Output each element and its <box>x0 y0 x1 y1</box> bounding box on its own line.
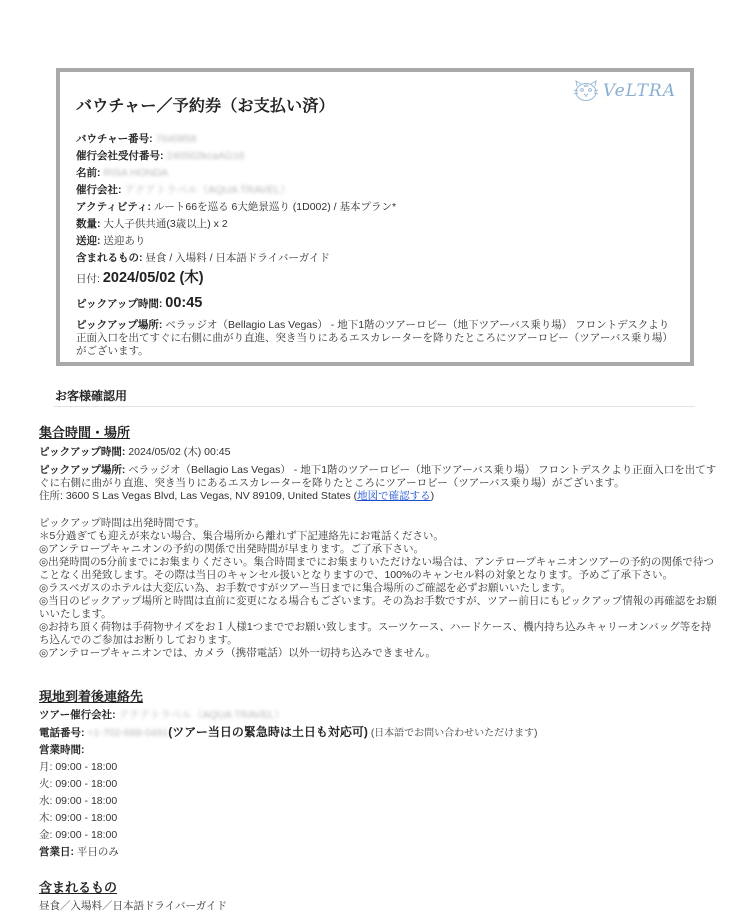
date-row: 日付: 2024/05/02 (木) <box>76 268 672 290</box>
name-value: RISA HONDA <box>103 167 168 179</box>
address-value: 3600 S Las Vegas Blvd, Las Vegas, NV 891… <box>66 490 351 502</box>
name-label: 名前: <box>76 167 101 179</box>
contact-operator-label: ツアー催行会社: <box>39 709 116 721</box>
section-divider <box>54 406 695 407</box>
note-item: ＊5分過ぎても迎えが来ない場合、集合場所から離れず下記連絡先にお電話ください。 <box>39 530 719 543</box>
contact-heading: 現地到着後連絡先 <box>39 686 719 705</box>
hours-row: 金: 09:00 - 18:00 <box>39 827 719 844</box>
activity-label: アクティビティ: <box>76 201 151 213</box>
business-days-row: 営業日: 平日のみ <box>39 844 719 861</box>
note-item: ◎お持ち頂く荷物は手荷物サイズをお１人様1つまででお願い致します。スーツケース、… <box>39 621 719 647</box>
hours-label-row: 営業時間: <box>39 742 719 759</box>
included-section: 含まれるもの 昼食／入場料／日本語ドライバーガイド <box>39 877 719 915</box>
pickup-place-row: ピックアップ場所: ベラッジオ（Bellagio Las Vegas） - 地下… <box>76 319 672 358</box>
pickup-time-label: ピックアップ時間: <box>76 298 162 310</box>
operator-ref-value: 240502kcaAG16 <box>166 150 244 162</box>
name-row: 名前: RISA HONDA <box>76 165 672 182</box>
quantity-row: 数量: 大人子供共通(3歳以上) x 2 <box>76 216 672 233</box>
included-row: 含まれるもの: 昼食 / 入場料 / 日本語ドライバーガイド <box>76 250 672 267</box>
logo-text: VeLTRA <box>603 81 676 101</box>
operator-row: 催行会社: アクアトラベル（AQUA TRAVEL） <box>76 182 672 199</box>
tiger-mascot-icon <box>573 80 599 102</box>
meeting-notes: ピックアップ時間は出発時間です。 ＊5分過ぎても迎えが来ない場合、集合場所から離… <box>39 517 719 660</box>
quantity-label: 数量: <box>76 218 101 230</box>
operator-ref-row: 催行会社受付番号: 240502kcaAG16 <box>76 148 672 165</box>
transfer-row: 送迎: 送迎あり <box>76 233 672 250</box>
map-link[interactable]: 地図で確認する <box>357 490 431 502</box>
phone-emergency-note: (ツアー当日の緊急時は土日も対応可) <box>168 725 368 739</box>
voucher-details: バウチャー番号: 7640858 催行会社受付番号: 240502kcaAG16… <box>76 131 672 358</box>
included-value: 昼食／入場料／日本語ドライバーガイド <box>39 898 719 915</box>
veltra-logo: VeLTRA <box>573 80 676 102</box>
phone-language-note: (日本語でお問い合わせいただけます) <box>371 728 538 739</box>
hours-row: 月: 09:00 - 18:00 <box>39 759 719 776</box>
hours-row: 火: 09:00 - 18:00 <box>39 776 719 793</box>
note-item: ◎出発時間の5分前までにお集まりください。集合時間までにお集まりいただけない場合… <box>39 556 719 582</box>
transfer-label: 送迎: <box>76 235 101 247</box>
note-item: ピックアップ時間は出発時間です。 <box>39 517 719 530</box>
pickup-place-label: ピックアップ場所: <box>76 319 162 331</box>
pickup-time-row: ピックアップ時間: 00:45 <box>76 293 672 315</box>
phone-value: +1-702-688-0491 <box>87 727 168 739</box>
note-item: ◎アンテロープキャニオンでは、カメラ（携帯電話）以外一切持ち込みできません。 <box>39 647 719 660</box>
note-item: ◎当日のピックアップ場所と時間は直前に変更になる場合もございます。その為お手数で… <box>39 595 719 621</box>
voucher-card: バウチャー／予約券（お支払い済） VeLTRA バウチャー番号: 7640858… <box>56 68 694 366</box>
contact-operator: ツアー催行会社: アクアトラベル（AQUA TRAVEL） <box>39 707 719 724</box>
included-label: 含まれるもの: <box>76 252 143 264</box>
pickup-place-value: ベラッジオ（Bellagio Las Vegas） - 地下1階のツアーロビー（… <box>76 319 669 357</box>
included-heading: 含まれるもの <box>39 877 719 896</box>
date-value: 2024/05/02 (木) <box>103 270 204 286</box>
activity-row: アクティビティ: ルート66を巡る 6大絶景巡り (1D002) / 基本プラン… <box>76 199 672 216</box>
meeting-pickup-place-label: ピックアップ場所: <box>39 464 125 476</box>
meeting-pickup-time-value: 2024/05/02 (木) 00:45 <box>128 446 230 458</box>
voucher-number-row: バウチャー番号: 7640858 <box>76 131 672 148</box>
included-value: 昼食 / 入場料 / 日本語ドライバーガイド <box>145 252 329 264</box>
contact-section: 現地到着後連絡先 ツアー催行会社: アクアトラベル（AQUA TRAVEL） 電… <box>39 686 719 861</box>
quantity-value: 大人子供共通(3歳以上) x 2 <box>103 218 227 230</box>
hours-label: 営業時間: <box>39 744 85 756</box>
contact-phone: 電話番号: +1-702-688-0491(ツアー当日の緊急時は土日も対応可) … <box>39 724 719 742</box>
contact-operator-value: アクアトラベル（AQUA TRAVEL） <box>119 709 285 721</box>
voucher-number-value: 7640858 <box>156 133 197 145</box>
note-item: ◎ラスベガスのホテルは大変広い為、お手数ですがツアー当日までに集合場所のご確認を… <box>39 582 719 595</box>
hours-row: 木: 09:00 - 18:00 <box>39 810 719 827</box>
customer-copy-title: お客様確認用 <box>55 387 127 404</box>
transfer-value: 送迎あり <box>103 235 145 247</box>
operator-value: アクアトラベル（AQUA TRAVEL） <box>124 184 290 196</box>
address-label: 住所: <box>39 490 63 502</box>
phone-label: 電話番号: <box>39 727 85 739</box>
hours-row: 水: 09:00 - 18:00 <box>39 793 719 810</box>
date-label: 日付: <box>76 273 100 285</box>
meeting-pickup-time-label: ピックアップ時間: <box>39 446 125 458</box>
meeting-heading: 集合時間・場所 <box>39 422 719 441</box>
meeting-pickup-place: ピックアップ場所: ベラッジオ（Bellagio Las Vegas） - 地下… <box>39 464 719 490</box>
meeting-pickup-place-value: ベラッジオ（Bellagio Las Vegas） - 地下1階のツアーロビー（… <box>39 464 716 489</box>
voucher-number-label: バウチャー番号: <box>76 133 153 145</box>
operator-label: 催行会社: <box>76 184 122 196</box>
pickup-time-value: 00:45 <box>165 295 202 311</box>
meeting-pickup-time: ピックアップ時間: 2024/05/02 (木) 00:45 <box>39 444 719 461</box>
meeting-section: 集合時間・場所 ピックアップ時間: 2024/05/02 (木) 00:45 ピ… <box>39 422 719 660</box>
note-item: ◎アンテロープキャニオンの予約の関係で出発時間が早まります。ご了承下さい。 <box>39 543 719 556</box>
meeting-address: 住所: 3600 S Las Vegas Blvd, Las Vegas, NV… <box>39 490 719 503</box>
business-days-value: 平日のみ <box>77 846 119 858</box>
operator-ref-label: 催行会社受付番号: <box>76 150 164 162</box>
activity-value: ルート66を巡る 6大絶景巡り (1D002) / 基本プラン* <box>154 201 396 213</box>
business-days-label: 営業日: <box>39 846 74 858</box>
